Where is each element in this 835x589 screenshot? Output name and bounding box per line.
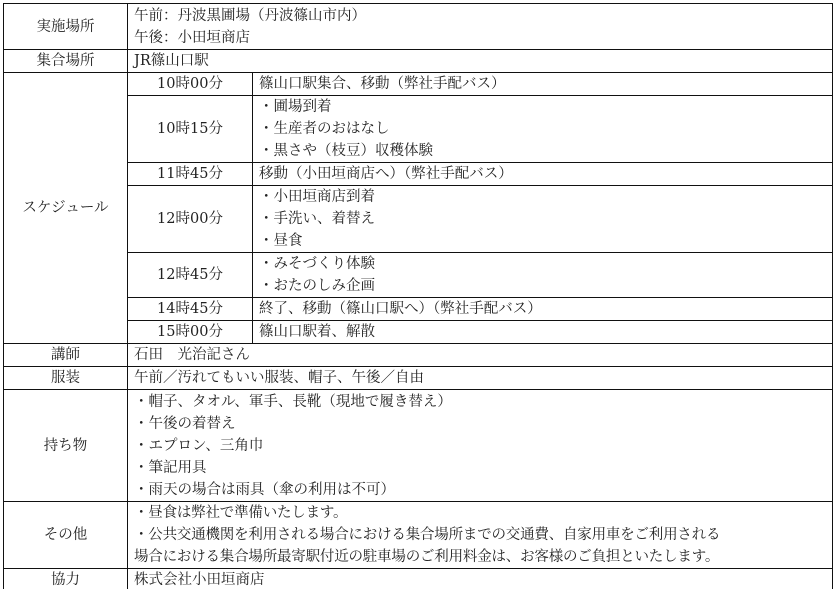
venue-afternoon: 午後：小田垣商店 [134, 27, 826, 49]
meeting-place-label: 集合場所 [4, 50, 128, 73]
activity-line: ・生産者のおはなし [259, 118, 826, 140]
activity-line: ・昼食 [259, 230, 826, 252]
schedule-activity: 終了、移動（篠山口駅へ）（弊社手配バス） [253, 298, 833, 321]
belongings-item: ・午後の着替え [134, 413, 826, 435]
schedule-row: スケジュール 10時00分 篠山口駅集合、移動（弊社手配バス） [4, 73, 833, 96]
venue-label: 実施場所 [4, 4, 128, 50]
schedule-time: 14時45分 [128, 298, 253, 321]
belongings-item: ・筆記用具 [134, 457, 826, 479]
belongings-item: ・エプロン、三角巾 [134, 435, 826, 457]
activity-line: 終了、移動（篠山口駅へ）（弊社手配バス） [259, 298, 826, 320]
belongings-item: ・帽子、タオル、軍手、長靴（現地で履き替え） [134, 391, 826, 413]
schedule-activity: ・圃場到着 ・生産者のおはなし ・黒さや（枝豆）収穫体験 [253, 96, 833, 163]
other-note-line: ・公共交通機関を利用される場合における集合場所までの交通費、自家用車をご利用され… [134, 524, 830, 546]
schedule-time: 10時15分 [128, 96, 253, 163]
belongings-item: ・雨天の場合は雨具（傘の利用は不可） [134, 479, 826, 501]
belongings-label: 持ち物 [4, 390, 128, 502]
row-belongings: 持ち物 ・帽子、タオル、軍手、長靴（現地で履き替え） ・午後の着替え ・エプロン… [4, 390, 833, 502]
row-instructor: 講師 石田 光治記さん [4, 344, 833, 367]
activity-line: 篠山口駅集合、移動（弊社手配バス） [259, 73, 826, 95]
schedule-activity: ・みそづくり体験 ・おたのしみ企画 [253, 253, 833, 298]
row-attire: 服装 午前／汚れてもいい服装、帽子、午後／自由 [4, 367, 833, 390]
row-meeting-place: 集合場所 JR篠山口駅 [4, 50, 833, 73]
row-cooperation: 協力 株式会社小田垣商店 [4, 569, 833, 589]
belongings-list: ・帽子、タオル、軍手、長靴（現地で履き替え） ・午後の着替え ・エプロン、三角巾… [128, 390, 833, 502]
cooperation-value: 株式会社小田垣商店 [128, 569, 833, 589]
cooperation-label: 協力 [4, 569, 128, 589]
schedule-time: 11時45分 [128, 163, 253, 186]
schedule-activity: 篠山口駅集合、移動（弊社手配バス） [253, 73, 833, 96]
other-label: その他 [4, 502, 128, 569]
schedule-row: 10時15分 ・圃場到着 ・生産者のおはなし ・黒さや（枝豆）収穫体験 [4, 96, 833, 163]
activity-line: ・小田垣商店到着 [259, 186, 826, 208]
other-note-line: 場合における集合場所最寄駅付近の駐車場のご利用料金は、お客様のご負担といたします… [134, 546, 830, 568]
schedule-time: 12時45分 [128, 253, 253, 298]
venue-morning: 午前：丹波黒圃場（丹波篠山市内） [134, 5, 826, 27]
schedule-row: 12時00分 ・小田垣商店到着 ・手洗い、着替え ・昼食 [4, 186, 833, 253]
schedule-label: スケジュール [4, 73, 128, 344]
event-details-table: 実施場所 午前：丹波黒圃場（丹波篠山市内） 午後：小田垣商店 集合場所 JR篠山… [3, 3, 833, 589]
activity-line: ・おたのしみ企画 [259, 275, 826, 297]
schedule-row: 14時45分 終了、移動（篠山口駅へ）（弊社手配バス） [4, 298, 833, 321]
schedule-row: 11時45分 移動（小田垣商店へ）（弊社手配バス） [4, 163, 833, 186]
activity-line: ・圃場到着 [259, 96, 826, 118]
attire-label: 服装 [4, 367, 128, 390]
row-venue: 実施場所 午前：丹波黒圃場（丹波篠山市内） 午後：小田垣商店 [4, 4, 833, 50]
schedule-activity: 篠山口駅着、解散 [253, 321, 833, 344]
other-notes: ・昼食は弊社で準備いたします。 ・公共交通機関を利用される場合における集合場所ま… [128, 502, 833, 569]
schedule-time: 12時00分 [128, 186, 253, 253]
schedule-row: 12時45分 ・みそづくり体験 ・おたのしみ企画 [4, 253, 833, 298]
schedule-activity: 移動（小田垣商店へ）（弊社手配バス） [253, 163, 833, 186]
activity-line: ・みそづくり体験 [259, 253, 826, 275]
attire-value: 午前／汚れてもいい服装、帽子、午後／自由 [128, 367, 833, 390]
activity-line: 篠山口駅着、解散 [259, 321, 826, 343]
activity-line: ・黒さや（枝豆）収穫体験 [259, 140, 826, 162]
venue-value: 午前：丹波黒圃場（丹波篠山市内） 午後：小田垣商店 [128, 4, 833, 50]
schedule-time: 15時00分 [128, 321, 253, 344]
schedule-activity: ・小田垣商店到着 ・手洗い、着替え ・昼食 [253, 186, 833, 253]
schedule-row: 15時00分 篠山口駅着、解散 [4, 321, 833, 344]
schedule-time: 10時00分 [128, 73, 253, 96]
activity-line: 移動（小田垣商店へ）（弊社手配バス） [259, 163, 826, 185]
other-note-line: ・昼食は弊社で準備いたします。 [134, 502, 830, 524]
activity-line: ・手洗い、着替え [259, 208, 826, 230]
instructor-label: 講師 [4, 344, 128, 367]
instructor-value: 石田 光治記さん [128, 344, 833, 367]
meeting-place-value: JR篠山口駅 [128, 50, 833, 73]
row-other: その他 ・昼食は弊社で準備いたします。 ・公共交通機関を利用される場合における集… [4, 502, 833, 569]
